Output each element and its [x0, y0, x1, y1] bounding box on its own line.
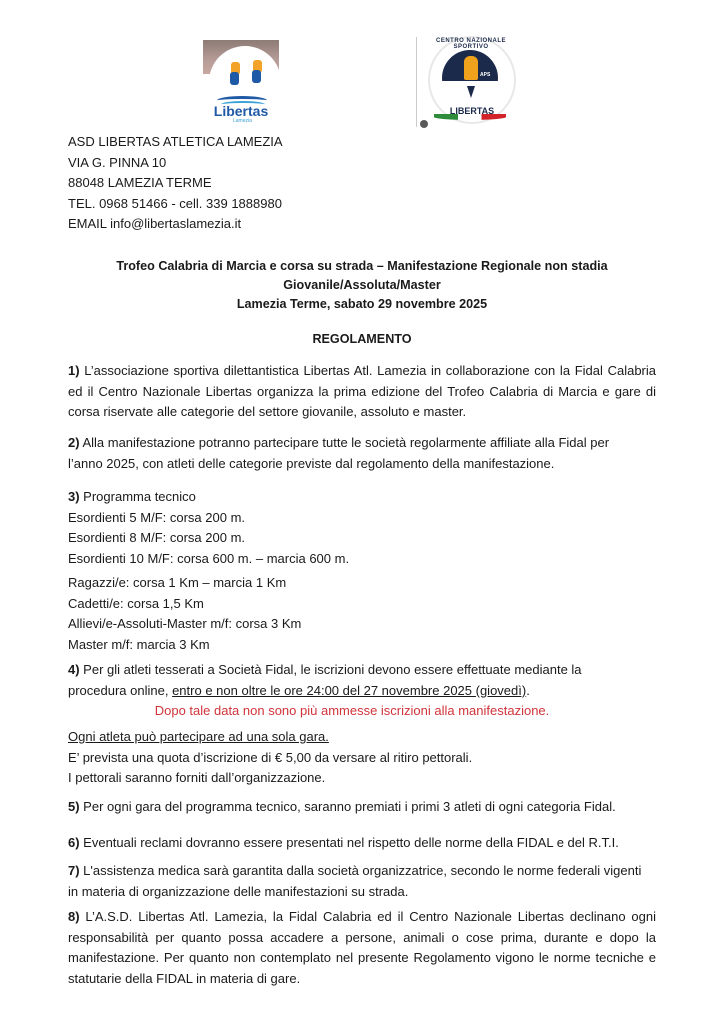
rule-number: 6)	[68, 835, 80, 850]
logo-brand-text: Libertas	[203, 103, 279, 119]
rule-text-line2: procedura online,	[68, 683, 172, 698]
registration-deadline: entro e non oltre le ore 24:00 del 27 no…	[172, 683, 526, 698]
rule-7: 7) L'assistenza medica sarà garantita da…	[68, 861, 656, 902]
event-title: Trofeo Calabria di Marcia e corsa su str…	[60, 257, 664, 314]
rule-text: L’associazione sportiva dilettantistica …	[68, 363, 656, 419]
rule-text: L’A.S.D. Libertas Atl. Lamezia, la Fidal…	[68, 909, 656, 986]
aps-badge: APS	[480, 72, 490, 78]
rule-text: Per ogni gara del programma tecnico, sar…	[80, 799, 616, 814]
rule-text-line1: Alla manifestazione potranno partecipare…	[80, 435, 609, 450]
image-badge-icon	[420, 120, 428, 128]
rule-text-line1: Per gli atleti tesserati a Società Fidal…	[80, 662, 582, 677]
rule-text: Eventuali reclami dovranno essere presen…	[80, 835, 619, 850]
rule-text-line2: l’anno 2025, con atleti delle categorie …	[68, 454, 656, 475]
entry-fee-note: E’ prevista una quota d’iscrizione di € …	[68, 748, 656, 769]
event-title-line1: Trofeo Calabria di Marcia e corsa su str…	[60, 257, 664, 276]
rule-number: 7)	[68, 863, 80, 878]
section-heading: REGOLAMENTO	[60, 332, 664, 346]
rule-number: 3)	[68, 489, 80, 504]
torch-icon	[467, 86, 475, 98]
rule-number: 2)	[68, 435, 80, 450]
street-address: VIA G. PINNA 10	[68, 153, 283, 174]
org-name: ASD LIBERTAS ATLETICA LAMEZIA	[68, 132, 283, 153]
organization-address: ASD LIBERTAS ATLETICA LAMEZIA VIA G. PIN…	[68, 132, 283, 235]
registration-warning: Dopo tale data non sono più ammesse iscr…	[68, 701, 656, 722]
rule-6: 6) Eventuali reclami dovranno essere pre…	[68, 833, 656, 854]
logo-divider	[416, 37, 417, 127]
document-page: Libertas Lamezia CENTRO NAZIONALE SPORTI…	[0, 0, 724, 1024]
program-item: Allievi/e-Assoluti-Master m/f: corsa 3 K…	[68, 614, 656, 635]
rule-8: 8) L’A.S.D. Libertas Atl. Lamezia, la Fi…	[68, 907, 656, 989]
rule-2: 2) Alla manifestazione potranno partecip…	[68, 433, 656, 474]
bibs-note: I pettorali saranno forniti dall’organiz…	[68, 768, 656, 789]
program-item: Ragazzi/e: corsa 1 Km – marcia 1 Km	[68, 573, 656, 594]
logo-ring-text-top: CENTRO NAZIONALE SPORTIVO	[436, 38, 506, 50]
city: 88048 LAMEZIA TERME	[68, 173, 283, 194]
single-race-note: Ogni atleta può partecipare ad una sola …	[68, 727, 656, 748]
punctuation: .	[526, 683, 530, 698]
italian-flag-ribbon-icon	[434, 114, 506, 120]
rule-1: 1) L’associazione sportiva dilettantisti…	[68, 361, 656, 423]
rule-4-details: Ogni atleta può partecipare ad una sola …	[68, 727, 656, 789]
event-title-line3: Lamezia Terme, sabato 29 novembre 2025	[60, 295, 664, 314]
runner-icon	[230, 72, 239, 85]
runner-icon	[252, 70, 261, 83]
rule-text-line2: in materia di organizzazione delle manif…	[68, 882, 656, 903]
program-item: Esordienti 8 M/F: corsa 200 m.	[68, 528, 656, 549]
rule-number: 1)	[68, 363, 80, 378]
javelin-thrower-icon	[464, 56, 478, 80]
program-heading: Programma tecnico	[80, 489, 196, 504]
rule-3-program: 3) Programma tecnico Esordienti 5 M/F: c…	[68, 487, 656, 569]
program-item: Esordienti 5 M/F: corsa 200 m.	[68, 508, 656, 529]
rule-3-program-group2: Ragazzi/e: corsa 1 Km – marcia 1 Km Cade…	[68, 573, 656, 655]
rule-text-line1: L'assistenza medica sarà garantita dalla…	[80, 863, 642, 878]
event-title-line2: Giovanile/Assoluta/Master	[60, 276, 664, 295]
email: EMAIL info@libertaslamezia.it	[68, 214, 283, 235]
program-item: Cadetti/e: corsa 1,5 Km	[68, 594, 656, 615]
rule-number: 8)	[68, 909, 80, 924]
phone: TEL. 0968 51466 - cell. 339 1888980	[68, 194, 283, 215]
centro-nazionale-libertas-logo: CENTRO NAZIONALE SPORTIVO APS LIBERTAS	[416, 32, 516, 130]
logo-emblem: APS	[442, 50, 498, 106]
logo-sub-text: Lamezia	[233, 118, 252, 122]
rule-5: 5) Per ogni gara del programma tecnico, …	[68, 797, 656, 818]
rule-number: 5)	[68, 799, 80, 814]
libertas-lamezia-logo: Libertas Lamezia	[203, 40, 279, 122]
rule-number: 4)	[68, 662, 80, 677]
program-item: Master m/f: marcia 3 Km	[68, 635, 656, 656]
rule-4: 4) Per gli atleti tesserati a Società Fi…	[68, 660, 656, 722]
program-item: Esordienti 10 M/F: corsa 600 m. – marcia…	[68, 549, 656, 570]
